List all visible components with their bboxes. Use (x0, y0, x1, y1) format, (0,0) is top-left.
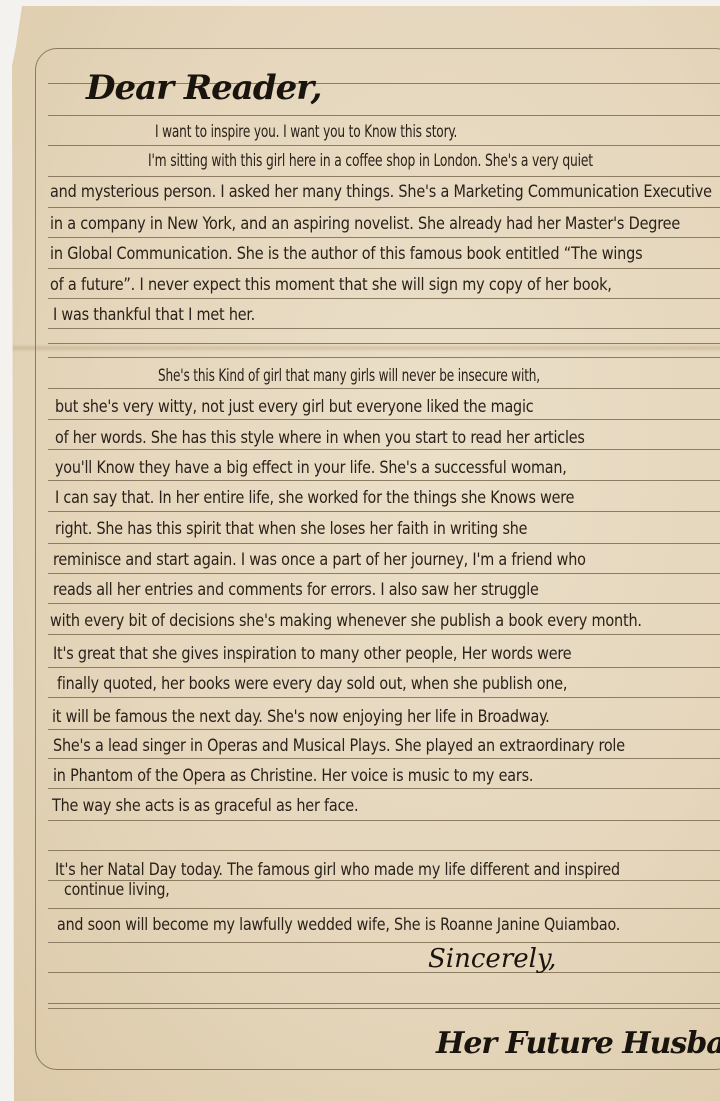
letter-line: I was thankful that I met her. (53, 305, 712, 324)
ruled-line (48, 729, 720, 730)
ruled-line (48, 908, 720, 909)
ruled-line (48, 145, 720, 146)
ruled-line (48, 419, 720, 420)
ruled-line (48, 697, 720, 698)
ruled-line (48, 357, 720, 358)
ruled-line (48, 942, 720, 943)
letter-line: you'll Know they have a big effect in yo… (55, 458, 712, 477)
ruled-line (48, 667, 720, 668)
ruled-line (48, 237, 720, 238)
ruled-line (48, 1003, 720, 1004)
ruled-line (48, 343, 720, 344)
letter-line: in a company in New York, and an aspirin… (50, 214, 712, 233)
ruled-line (48, 207, 720, 208)
letter-line: She's this Kind of girl that many girls … (158, 366, 712, 385)
letter-line: of a future”. I never expect this moment… (50, 275, 712, 294)
ruled-line (48, 850, 720, 851)
ruled-line (48, 543, 720, 544)
letter-line: in Global Communication. She is the auth… (50, 244, 712, 263)
ruled-line (48, 176, 720, 177)
ruled-line (48, 820, 720, 821)
letter-line: I want to inspire you. I want you to Kno… (155, 122, 712, 141)
letter-line: right. She has this spirit that when she… (55, 519, 712, 538)
ruled-line (48, 788, 720, 789)
letter-line: of her words. She has this style where i… (55, 428, 712, 447)
ruled-line (48, 388, 720, 389)
greeting: Dear Reader, (86, 68, 322, 108)
ruled-line (48, 298, 720, 299)
ruled-line (48, 634, 720, 635)
ruled-line (48, 573, 720, 574)
letter-line: reads all her entries and comments for e… (53, 580, 712, 599)
ruled-line (48, 758, 720, 759)
ruled-line (48, 449, 720, 450)
letter-line: with every bit of decisions she's making… (50, 611, 712, 630)
closing: Sincerely, (428, 944, 556, 974)
letter-line: but she's very witty, not just every gir… (55, 397, 712, 416)
letter-line: and soon will become my lawfully wedded … (57, 915, 712, 934)
letter-line: She's a lead singer in Operas and Musica… (53, 736, 712, 755)
ruled-line (48, 511, 720, 512)
letter-line: It's great that she gives inspiration to… (53, 644, 712, 663)
letter-line: I can say that. In her entire life, she … (55, 488, 712, 507)
ruled-line (48, 115, 720, 116)
letter-line: in Phantom of the Opera as Christine. He… (53, 766, 712, 785)
letter-line: it will be famous the next day. She's no… (52, 707, 712, 726)
ruled-line (48, 972, 720, 973)
ruled-line (48, 603, 720, 604)
signature: Her Future Husband. (436, 1026, 720, 1061)
letter-line: I'm sitting with this girl here in a cof… (148, 151, 712, 170)
letter-line: The way she acts is as graceful as her f… (52, 796, 712, 815)
letter-line: finally quoted, her books were every day… (57, 674, 712, 693)
letter-line: reminisce and start again. I was once a … (53, 550, 712, 569)
letter-line: It's her Natal Day today. The famous gir… (55, 860, 712, 879)
letter-line: continue living, (64, 880, 712, 899)
letter-line: and mysterious person. I asked her many … (50, 182, 710, 201)
ruled-line (48, 268, 720, 269)
ruled-line (48, 1008, 720, 1009)
ruled-line (48, 480, 720, 481)
ruled-line (48, 328, 720, 329)
